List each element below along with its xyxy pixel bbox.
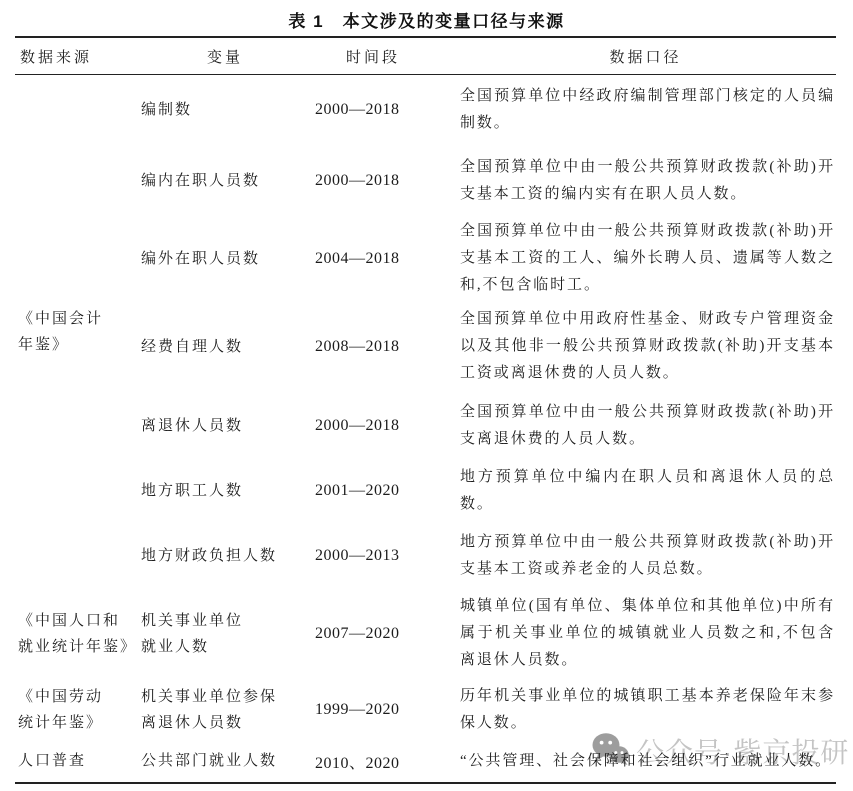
caliber-cell: 城镇单位(国有单位、集体单位和其他单位)中所有属于机关事业单位的城镇就业人员数之… (455, 589, 836, 679)
variable-cell: 编内在职人员数 (140, 145, 310, 217)
source-cell: 《中国人口和 就业统计年鉴》 (15, 589, 140, 679)
period-cell: 1999—2020 (310, 679, 455, 741)
variable-cell: 机关事业单位参保 离退休人员数 (140, 679, 310, 741)
period-cell: 2004—2018 (310, 217, 455, 301)
period-cell: 2000—2018 (310, 393, 455, 459)
period-cell: 2010、2020 (310, 741, 455, 783)
caliber-cell: 全国预算单位中用政府性基金、财政专户管理资金以及其他非一般公共预算财政拨款(补助… (455, 301, 836, 393)
table-row: 《中国会计 年鉴》 编制数 2000—2018 全国预算单位中经政府编制管理部门… (15, 75, 836, 145)
variable-cell: 地方职工人数 (140, 459, 310, 523)
table-row: 人口普查 公共部门就业人数 2010、2020 “公共管理、社会保障和社会组织”… (15, 741, 836, 783)
period-cell: 2001—2020 (310, 459, 455, 523)
variables-table: 数据来源 变量 时间段 数据口径 《中国会计 年鉴》 编制数 2000—2018… (15, 36, 836, 784)
caliber-cell: 全国预算单位中经政府编制管理部门核定的人员编制数。 (455, 75, 836, 145)
period-cell: 2008—2018 (310, 301, 455, 393)
page-title: 表 1 本文涉及的变量口径与来源 (0, 7, 853, 32)
period-cell: 2007—2020 (310, 589, 455, 679)
caliber-cell: “公共管理、社会保障和社会组织”行业就业人数。 (455, 741, 836, 783)
caliber-cell: 地方预算单位中编内在职人员和离退休人员的总数。 (455, 459, 836, 523)
column-header-source: 数据来源 (15, 37, 140, 75)
column-header-variable: 变量 (140, 37, 310, 75)
source-cell: 《中国会计 年鉴》 (15, 75, 140, 589)
caliber-cell: 全国预算单位中由一般公共预算财政拨款(补助)开支基本工资的工人、编外长聘人员、遗… (455, 217, 836, 301)
caliber-cell: 全国预算单位中由一般公共预算财政拨款(补助)开支基本工资的编内实有在职人员人数。 (455, 145, 836, 217)
caliber-cell: 全国预算单位中由一般公共预算财政拨款(补助)开支离退休费的人员人数。 (455, 393, 836, 459)
variable-cell: 离退休人员数 (140, 393, 310, 459)
period-cell: 2000—2013 (310, 523, 455, 589)
period-cell: 2000—2018 (310, 75, 455, 145)
variable-cell: 经费自理人数 (140, 301, 310, 393)
header-row: 数据来源 变量 时间段 数据口径 (15, 37, 836, 75)
period-cell: 2000—2018 (310, 145, 455, 217)
variable-cell: 编外在职人员数 (140, 217, 310, 301)
source-cell: 人口普查 (15, 741, 140, 783)
variable-cell: 编制数 (140, 75, 310, 145)
table-row: 《中国人口和 就业统计年鉴》 机关事业单位 就业人数 2007—2020 城镇单… (15, 589, 836, 679)
variable-cell: 机关事业单位 就业人数 (140, 589, 310, 679)
caliber-cell: 地方预算单位中由一般公共预算财政拨款(补助)开支基本工资或养老金的人员总数。 (455, 523, 836, 589)
caliber-cell: 历年机关事业单位的城镇职工基本养老保险年末参保人数。 (455, 679, 836, 741)
table-row: 《中国劳动 统计年鉴》 机关事业单位参保 离退休人员数 1999—2020 历年… (15, 679, 836, 741)
variable-cell: 地方财政负担人数 (140, 523, 310, 589)
variable-cell: 公共部门就业人数 (140, 741, 310, 783)
column-header-caliber: 数据口径 (455, 37, 836, 75)
source-cell: 《中国劳动 统计年鉴》 (15, 679, 140, 741)
column-header-period: 时间段 (310, 37, 455, 75)
